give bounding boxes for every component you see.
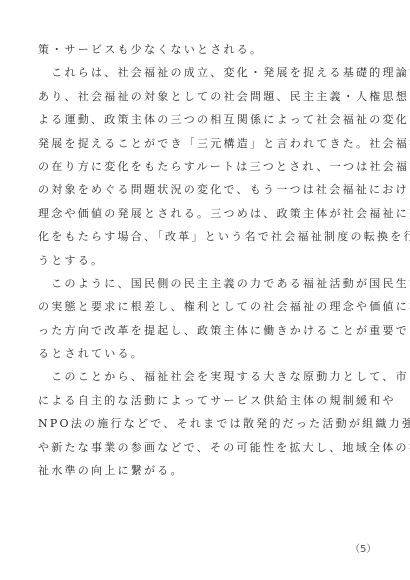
text-line: や新たな事業の参画などで、その可能性を拡大し、地域全体の福 xyxy=(38,436,362,459)
text-line: うとする。 xyxy=(38,249,362,272)
body-text: 策・サービスも少なくないとされる。 これらは、社会福祉の成立、変化・発展を捉える… xyxy=(38,38,362,482)
text-line: 祉水準の向上に繋がる。 xyxy=(38,459,362,482)
text-line: これらは、社会福祉の成立、変化・発展を捉える基礎的理論で xyxy=(38,61,362,84)
text-line: このように、国民側の民主主義の力である福祉活動が国民生活 xyxy=(38,272,362,295)
text-line: 化をもたらす場合、「改革」という名で社会福祉制度の転換を行お xyxy=(38,225,362,248)
text-line: るとされている。 xyxy=(38,342,362,365)
text-line: った方向で改革を提起し、政策主体に働きかけることが重要であ xyxy=(38,319,362,342)
text-line: 発展を捉えることができ「三元構造」と言われてきた。社会福祉 xyxy=(38,132,362,155)
text-line: 理念や価値の発展とされる。三つめは、政策主体が社会福祉に変 xyxy=(38,202,362,225)
page-number: （5） xyxy=(350,540,376,555)
text-line: よる運動、政策主体の三つの相互関係によって社会福祉の変化・ xyxy=(38,108,362,131)
text-line: の対象をめぐる問題状況の変化で、もう一つは社会福祉における xyxy=(38,178,362,201)
text-line: NPO法の施行などで、それまでは散発的だった活動が組織力強化 xyxy=(38,412,362,435)
text-line: あり、社会福祉の対象としての社会問題、民主主義・人権思想に xyxy=(38,85,362,108)
text-line: の実態と要求に根差し、権利としての社会福祉の理念や価値に沿 xyxy=(38,295,362,318)
document-page: 策・サービスも少なくないとされる。 これらは、社会福祉の成立、変化・発展を捉える… xyxy=(0,0,410,580)
text-line: このことから、福祉社会を実現する大きな原動力として、市民 xyxy=(38,365,362,388)
text-line: の在り方に変化をもたらすルートは三つとされ、一つは社会福祉 xyxy=(38,155,362,178)
text-line: による自主的な活動によってサービス供給主体の規制緩和や xyxy=(38,389,362,412)
text-line: 策・サービスも少なくないとされる。 xyxy=(38,38,362,61)
